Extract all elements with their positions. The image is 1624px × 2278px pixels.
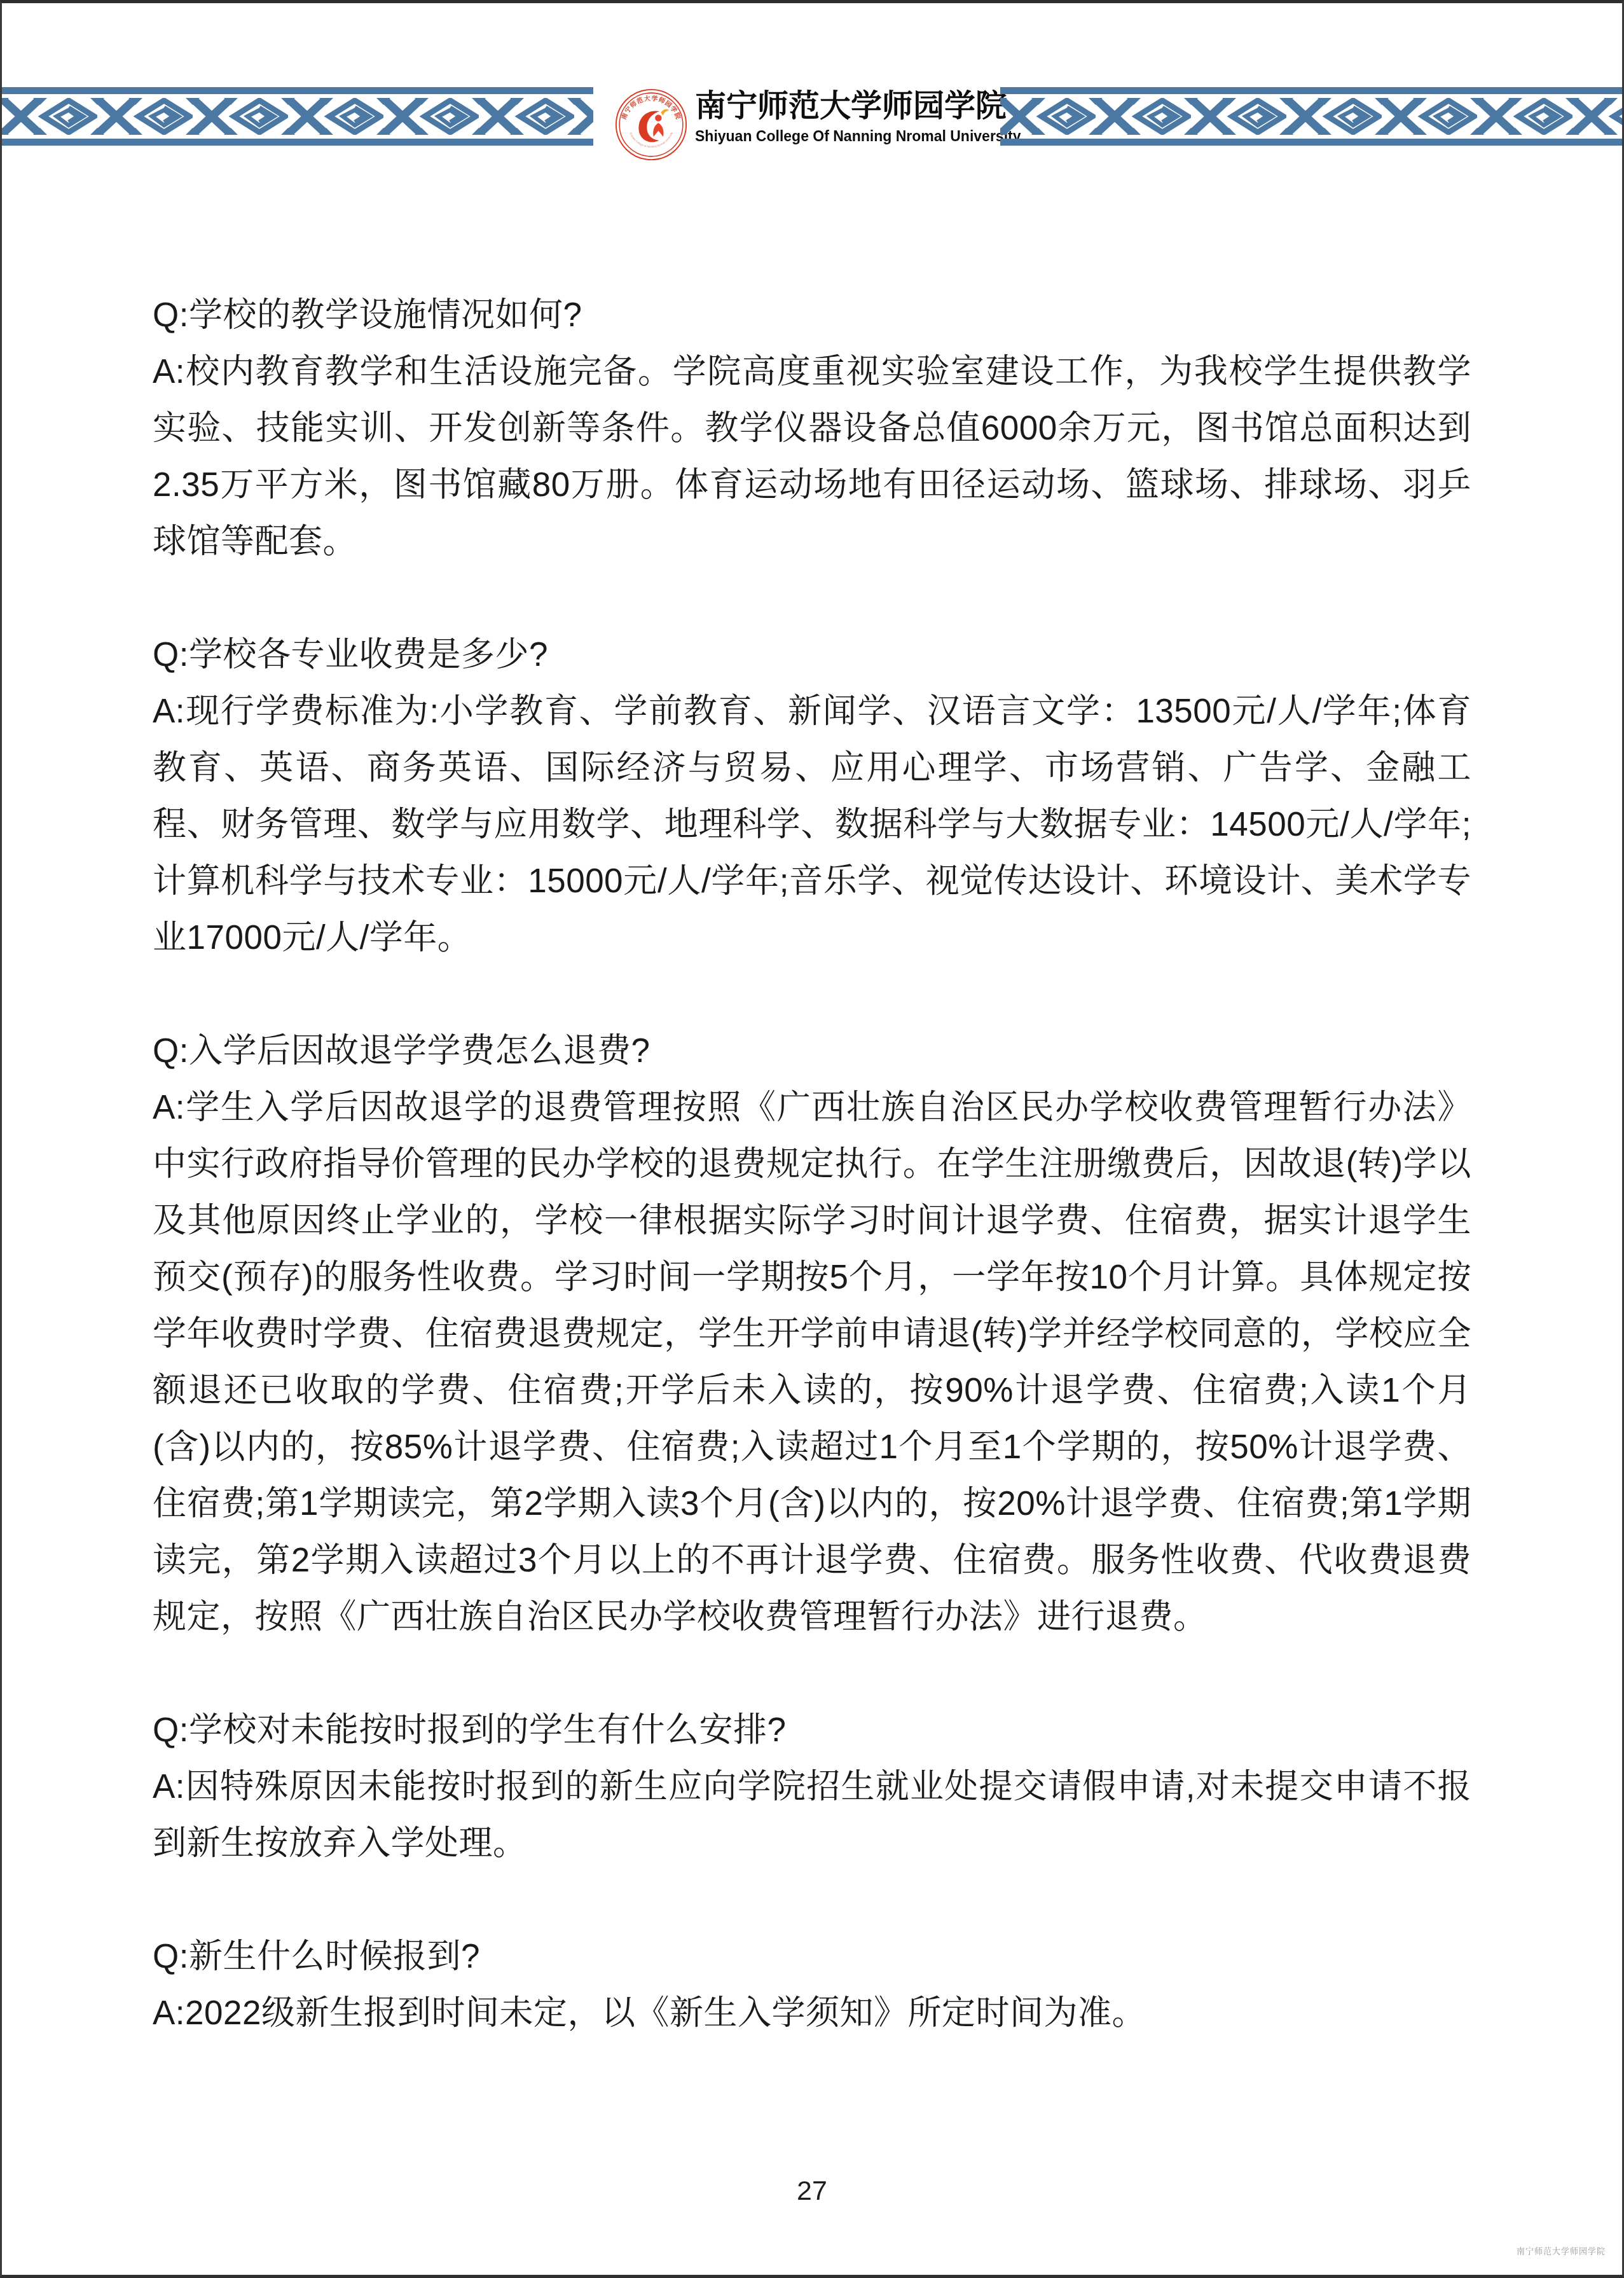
question-line: Q:入学后因故退学学费怎么退费? — [153, 1023, 1471, 1079]
qa-block: Q:入学后因故退学学费怎么退费? A:学生入学后因故退学的退费管理按照《广西壮族… — [153, 1023, 1471, 1645]
answer-paragraph: A:因特殊原因未能按时报到的新生应向学院招生就业处提交请假申请,对未提交申请不报… — [153, 1758, 1471, 1872]
answer-paragraph: A:现行学费标准为:小学教育、学前教育、新闻学、汉语言文学：13500元/人/学… — [153, 683, 1471, 966]
qa-block: Q:学校的教学设施情况如何? A:校内教育教学和生活设施完备。学院高度重视实验室… — [153, 287, 1471, 570]
question-line: Q:新生什么时候报到? — [153, 1928, 1471, 1985]
qa-block: Q:新生什么时候报到? A:2022级新生报到时间未定，以《新生入学须知》所定时… — [153, 1928, 1471, 2041]
qa-block: Q:学校各专业收费是多少? A:现行学费标准为:小学教育、学前教育、新闻学、汉语… — [153, 626, 1471, 966]
question-line: Q:学校各专业收费是多少? — [153, 626, 1471, 683]
watermark: 南宁师范大学师园学院 — [1517, 2244, 1606, 2256]
answer-paragraph: A:学生入学后因故退学的退费管理按照《广西壮族自治区民办学校收费管理暂行办法》中… — [153, 1079, 1471, 1645]
qa-block: Q:学校对未能按时报到的学生有什么安排? A:因特殊原因未能按时报到的新生应向学… — [153, 1702, 1471, 1872]
question-line: Q:学校对未能按时报到的学生有什么安排? — [153, 1702, 1471, 1758]
page-number: 27 — [2, 2176, 1622, 2207]
answer-paragraph: A:校内教育教学和生活设施完备。学院高度重视实验室建设工作，为我校学生提供教学实… — [153, 343, 1471, 570]
faq-content: Q:学校的教学设施情况如何? A:校内教育教学和生活设施完备。学院高度重视实验室… — [153, 3, 1471, 2041]
document-page: 南宁师范大学师园学院 Shiyuan College of Nanning No… — [0, 0, 1624, 2278]
question-line: Q:学校的教学设施情况如何? — [153, 287, 1471, 343]
answer-paragraph: A:2022级新生报到时间未定，以《新生入学须知》所定时间为准。 — [153, 1985, 1471, 2041]
